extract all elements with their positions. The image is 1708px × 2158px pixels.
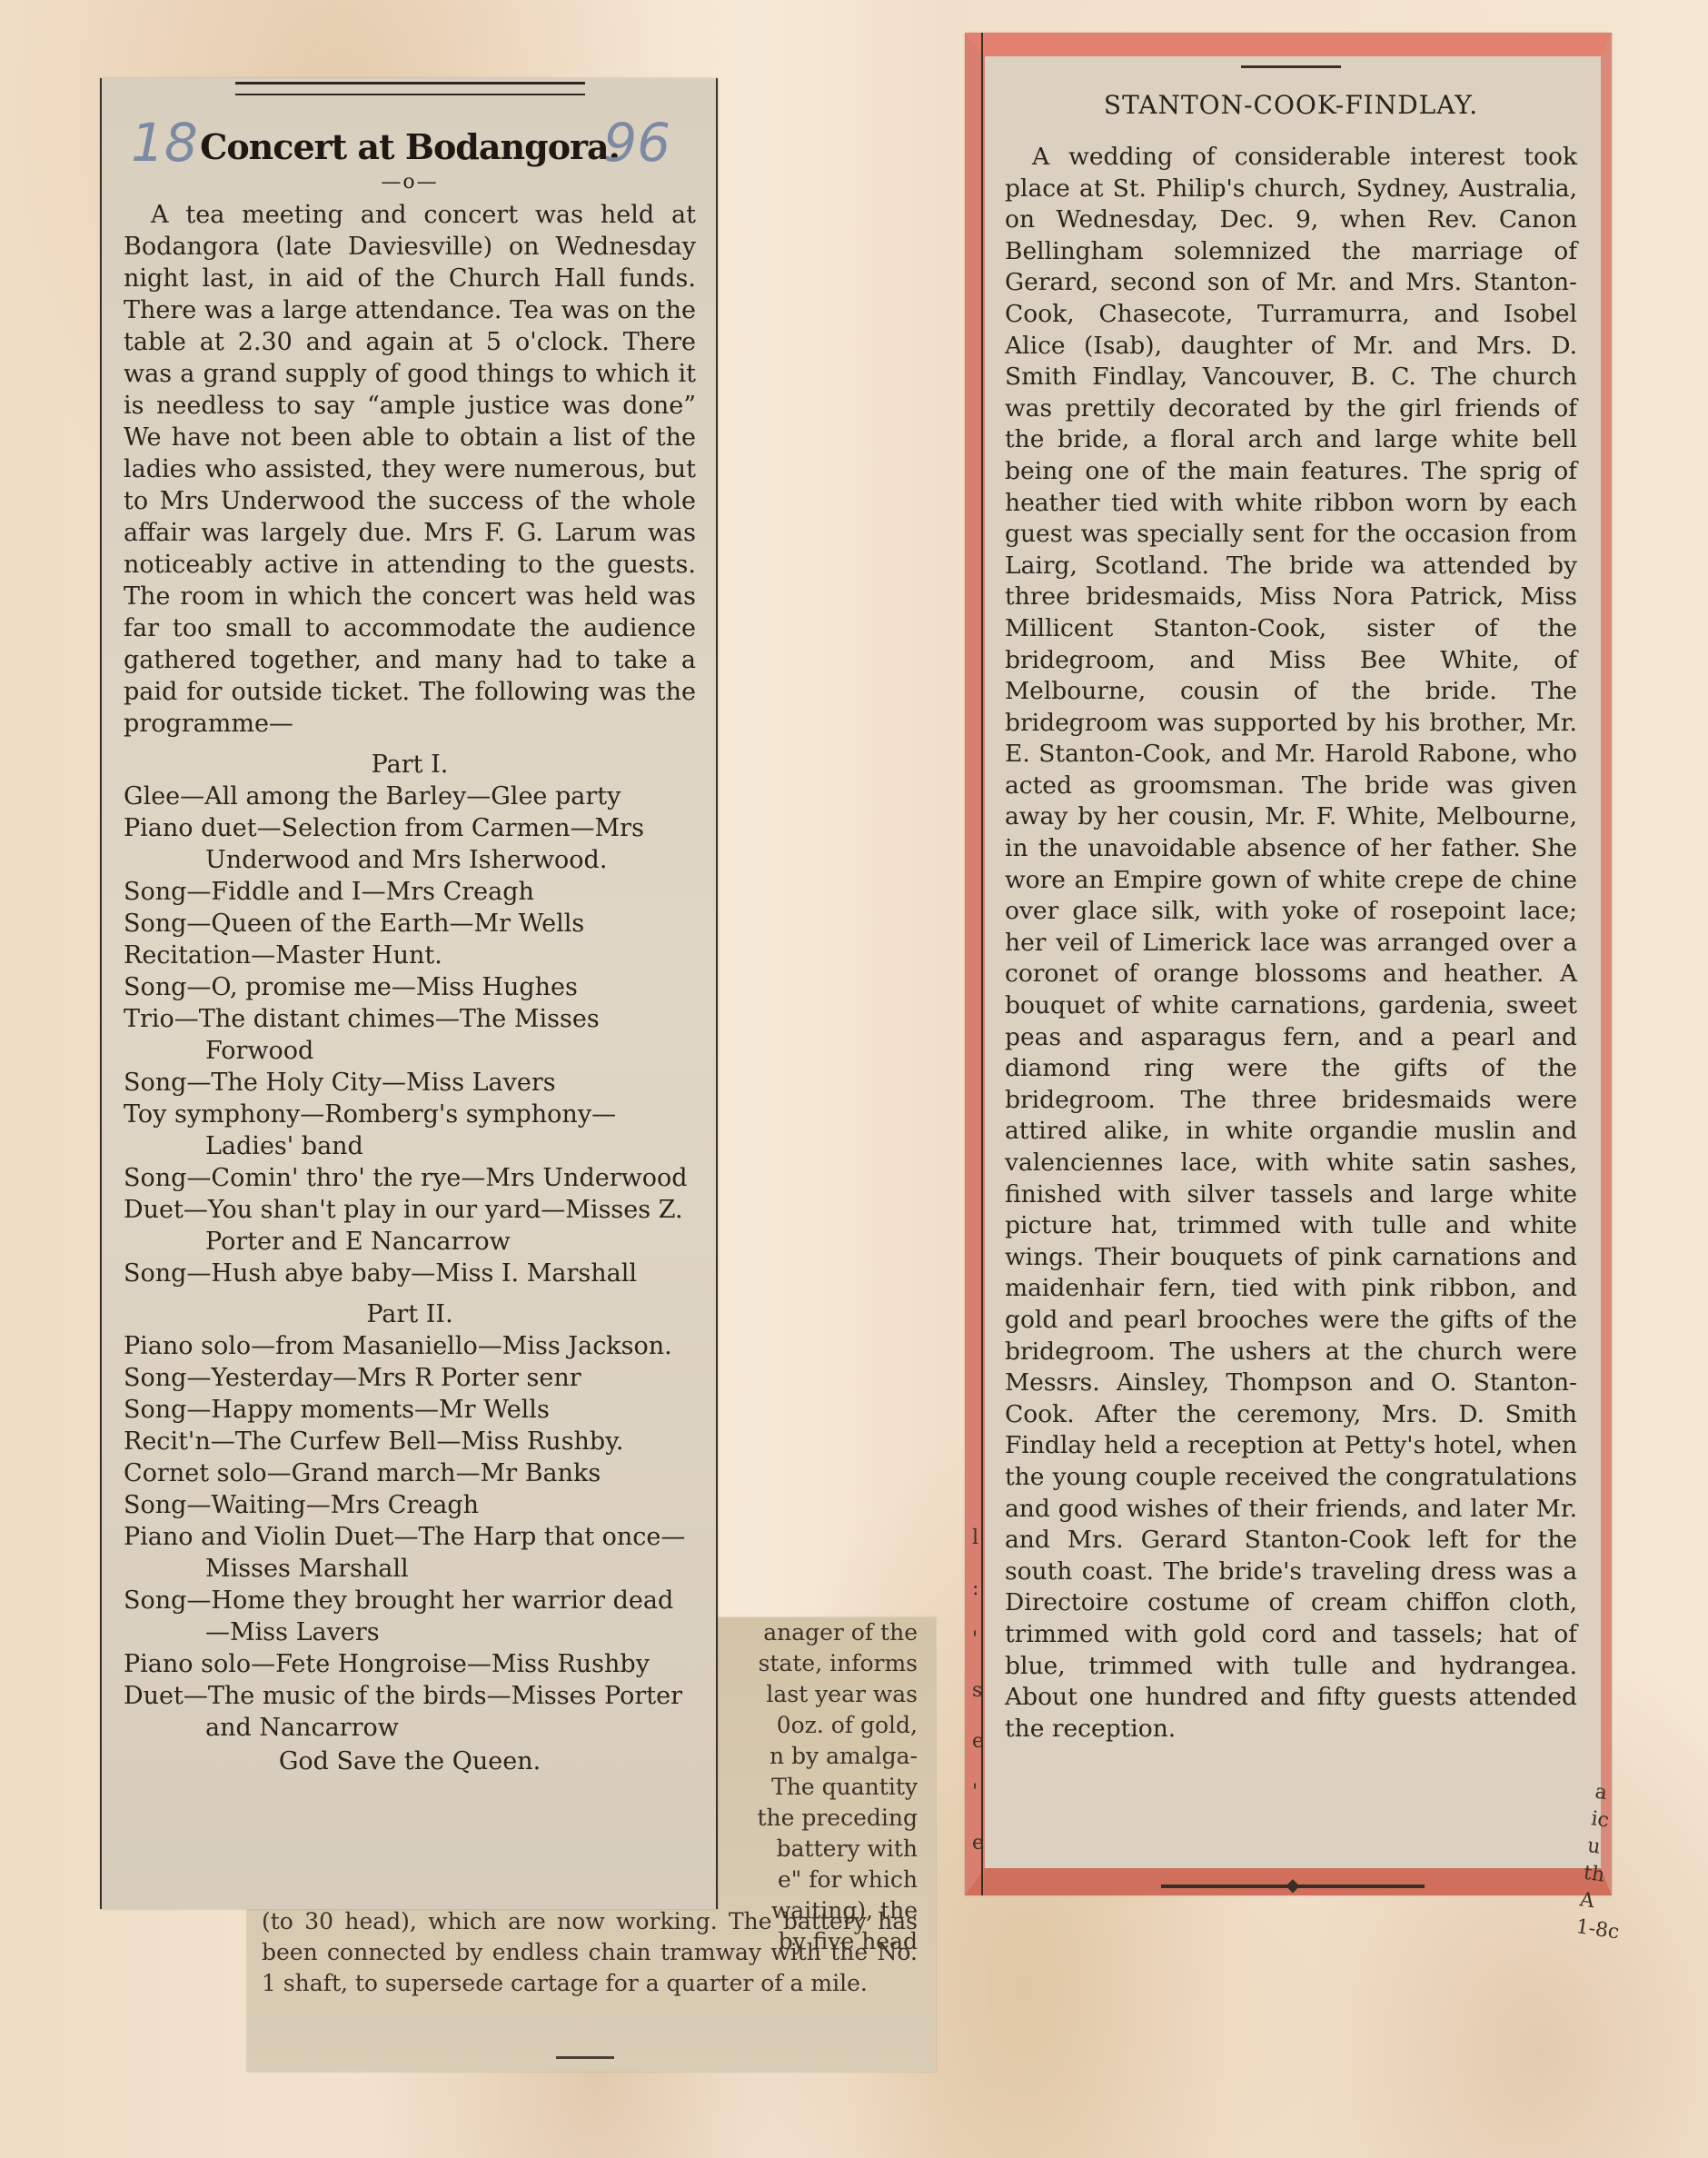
concert-article: A tea meeting and concert was held at Bo… <box>124 199 696 740</box>
programme-item: Duet—You shan't play in our yard—Misses … <box>124 1194 696 1258</box>
wedding-article: A wedding of considerable interest took … <box>1005 142 1577 1745</box>
scrap-char: ' <box>972 1615 984 1666</box>
fragment-line: battery with <box>716 1834 918 1865</box>
fragment-line: The quantity <box>716 1772 918 1803</box>
concert-clipping: 18 Concert at Bodangora. 96 —o— A tea me… <box>100 78 718 1909</box>
programme-item: Piano and Violin Duet—The Harp that once… <box>124 1521 696 1585</box>
programme-item: Trio—The distant chimes—The Misses Forwo… <box>124 1003 696 1067</box>
programme-item: Duet—The music of the birds—Misses Porte… <box>124 1680 696 1744</box>
header-rules <box>235 82 585 95</box>
fragment-line: 0oz. of gold, <box>716 1710 918 1741</box>
handwritten-annotation-right: 96 <box>603 112 670 174</box>
wedding-title: STANTON-COOK-FINDLAY. <box>1005 90 1577 120</box>
programme-item: Recitation—Master Hunt. <box>124 940 696 971</box>
handwritten-annotation-left: 18 <box>131 112 198 174</box>
wedding-paragraph: A wedding of considerable interest took … <box>1005 142 1577 1745</box>
fragment-line: the preceding <box>716 1803 918 1834</box>
programme-part-two: Piano solo—from Masaniello—Miss Jackson.… <box>124 1330 696 1744</box>
separator: —o— <box>124 171 696 194</box>
scrap-char: e <box>972 1818 984 1869</box>
programme-item: Song—Yesterday—Mrs R Porter senr <box>124 1362 696 1394</box>
mining-full-text: (to 30 head), which are now working. The… <box>262 1906 918 1999</box>
programme-part-one: Glee—All among the Barley—Glee party Pia… <box>124 781 696 1289</box>
programme-item: Piano solo—from Masaniello—Miss Jackson. <box>124 1330 696 1362</box>
scrap-char: ' <box>972 1767 984 1818</box>
scrap-char: l <box>972 1513 984 1564</box>
programme-item: Song—O, promise me—Miss Hughes <box>124 971 696 1003</box>
closing-line: God Save the Queen. <box>124 1745 696 1777</box>
torn-text: 1-8c <box>1574 1914 1621 1946</box>
fragment-line: n by amalga- <box>716 1741 918 1772</box>
fragment-line: state, informs <box>716 1648 918 1679</box>
edge-scraps: l : ' s e ' e <box>972 1513 984 1869</box>
programme-item: Song—Fiddle and I—Mrs Creagh <box>124 876 696 908</box>
headline-row: 18 Concert at Bodangora. 96 <box>124 126 696 167</box>
programme-item: Piano solo—Fete Hongroise—Miss Rushby <box>124 1648 696 1680</box>
part-one-heading: Part I. <box>124 749 696 781</box>
programme-item: Recit'n—The Curfew Bell—Miss Rushby. <box>124 1426 696 1457</box>
ornament-rule <box>1161 1885 1425 1888</box>
programme-item: Glee—All among the Barley—Glee party <box>124 781 696 812</box>
programme-item: Piano duet—Selection from Carmen—Mrs Und… <box>124 812 696 876</box>
programme-item: Song—Hush abye baby—Miss I. Marshall <box>124 1258 696 1289</box>
end-rule <box>556 2056 614 2059</box>
scrap-char: : <box>972 1564 984 1615</box>
programme-item: Song—Waiting—Mrs Creagh <box>124 1489 696 1521</box>
mining-paragraph: (to 30 head), which are now working. The… <box>262 1906 918 1999</box>
concert-intro-paragraph: A tea meeting and concert was held at Bo… <box>124 199 696 740</box>
fragment-line: anager of the <box>716 1617 918 1648</box>
top-rule <box>1241 65 1341 68</box>
programme-item: Song—Home they brought her warrior dead—… <box>124 1585 696 1648</box>
scrap-char: e <box>972 1716 984 1767</box>
fragment-line: last year was <box>716 1679 918 1710</box>
programme-item: Toy symphony—Romberg's symphony—Ladies' … <box>124 1099 696 1162</box>
part-two-heading: Part II. <box>124 1298 696 1330</box>
concert-headline: Concert at Bodangora. <box>200 126 620 167</box>
programme-item: Song—Queen of the Earth—Mr Wells <box>124 908 696 940</box>
programme-item: Cornet solo—Grand march—Mr Banks <box>124 1457 696 1489</box>
scrap-char: s <box>972 1666 984 1716</box>
fragment-line: e" for which <box>716 1865 918 1895</box>
programme-item: Song—Comin' thro' the rye—Mrs Underwood <box>124 1162 696 1194</box>
wedding-clipping: STANTON-COOK-FINDLAY. A wedding of consi… <box>965 33 1612 1895</box>
programme-item: Song—Happy moments—Mr Wells <box>124 1394 696 1426</box>
programme-item: Song—The Holy City—Miss Lavers <box>124 1067 696 1099</box>
